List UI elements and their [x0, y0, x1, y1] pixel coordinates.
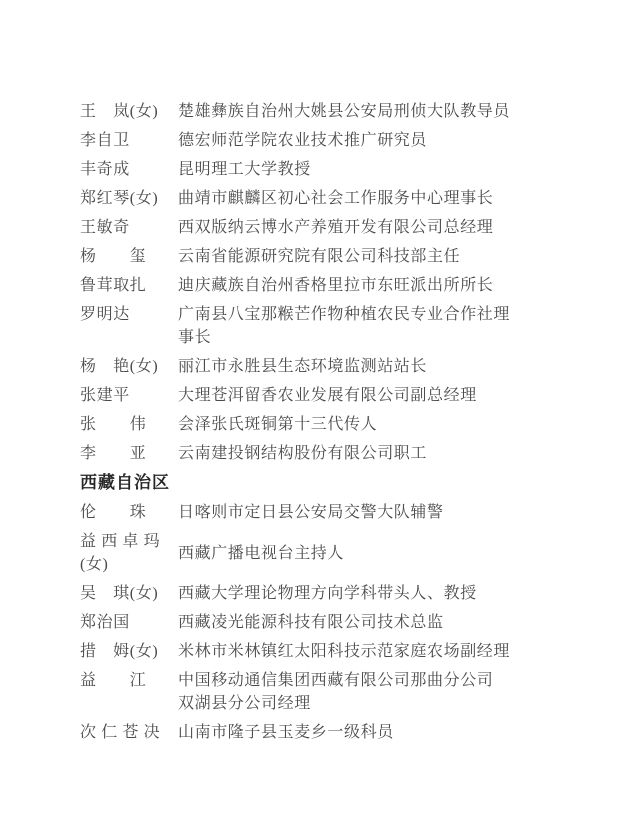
person-title: 会泽张氏斑铜第十三代传人: [178, 413, 550, 436]
table-row: 益 江 中国移动通信集团西藏有限公司那曲分公司 双湖县分公司经理: [80, 669, 550, 715]
table-row: 杨 艳(女) 丽江市永胜县生态环境监测站站长: [80, 355, 550, 378]
person-name: 吴 琪(女): [80, 582, 178, 605]
person-name: 李自卫: [80, 129, 178, 152]
person-title: 大理苍洱留香农业发展有限公司副总经理: [178, 384, 550, 407]
table-row: 杨 玺 云南省能源研究院有限公司科技部主任: [80, 245, 550, 268]
person-title: 米林市米林镇红太阳科技示范家庭农场副经理: [178, 640, 550, 663]
person-name: 鲁茸取扎: [80, 274, 178, 297]
table-row: 张建平 大理苍洱留香农业发展有限公司副总经理: [80, 384, 550, 407]
person-title: 西藏广播电视台主持人: [178, 542, 550, 565]
section-header: 西藏自治区: [80, 471, 550, 494]
person-name: 措 姆(女): [80, 640, 178, 663]
person-name: 杨 玺: [80, 245, 178, 268]
person-title: 日喀则市定日县公安局交警大队辅警: [178, 501, 550, 524]
person-name: 罗明达: [80, 303, 178, 326]
table-row: 罗明达 广南县八宝那糇芒作物种植农民专业合作社理 事长: [80, 303, 550, 349]
person-name: 丰奇成: [80, 158, 178, 181]
person-title: 迪庆藏族自治州香格里拉市东旺派出所所长: [178, 274, 550, 297]
table-row: 丰奇成 昆明理工大学教授: [80, 158, 550, 181]
person-title: 山南市隆子县玉麦乡一级科员: [178, 721, 550, 744]
table-row: 次 仁 苍 决 山南市隆子县玉麦乡一级科员: [80, 721, 550, 744]
person-title: 西藏大学理论物理方向学科带头人、教授: [178, 582, 550, 605]
person-name: 杨 艳(女): [80, 355, 178, 378]
person-name: 郑红琴(女): [80, 187, 178, 210]
person-title-line: 广南县八宝那糇芒作物种植农民专业合作社理: [178, 303, 550, 326]
person-title: 广南县八宝那糇芒作物种植农民专业合作社理 事长: [178, 303, 550, 349]
person-title-line: 双湖县分公司经理: [178, 692, 550, 715]
table-row: 李 亚 云南建投钢结构股份有限公司职工: [80, 442, 550, 465]
person-title: 丽江市永胜县生态环境监测站站长: [178, 355, 550, 378]
person-title: 德宏师范学院农业技术推广研究员: [178, 129, 550, 152]
table-row: 郑红琴(女) 曲靖市麒麟区初心社会工作服务中心理事长: [80, 187, 550, 210]
person-title: 云南建投钢结构股份有限公司职工: [178, 442, 550, 465]
table-row: 王 岚(女) 楚雄彝族自治州大姚县公安局刑侦大队教导员: [80, 100, 550, 123]
table-row: 张 伟 会泽张氏斑铜第十三代传人: [80, 413, 550, 436]
table-row: 伦 珠 日喀则市定日县公安局交警大队辅警: [80, 501, 550, 524]
person-name: 次 仁 苍 决: [80, 721, 178, 744]
person-title: 西双版纳云博水产养殖开发有限公司总经理: [178, 216, 550, 239]
table-row: 郑治国 西藏凌光能源科技有限公司技术总监: [80, 611, 550, 634]
person-title: 西藏凌光能源科技有限公司技术总监: [178, 611, 550, 634]
person-title: 云南省能源研究院有限公司科技部主任: [178, 245, 550, 268]
table-row: 益 西 卓 玛 (女) 西藏广播电视台主持人: [80, 530, 550, 576]
person-name: 郑治国: [80, 611, 178, 634]
table-row: 鲁茸取扎 迪庆藏族自治州香格里拉市东旺派出所所长: [80, 274, 550, 297]
person-name: 王敏奇: [80, 216, 178, 239]
person-name: 张 伟: [80, 413, 178, 436]
table-row: 措 姆(女) 米林市米林镇红太阳科技示范家庭农场副经理: [80, 640, 550, 663]
table-row: 吴 琪(女) 西藏大学理论物理方向学科带头人、教授: [80, 582, 550, 605]
person-title: 楚雄彝族自治州大姚县公安局刑侦大队教导员: [178, 100, 550, 123]
document-page: 王 岚(女) 楚雄彝族自治州大姚县公安局刑侦大队教导员 李自卫 德宏师范学院农业…: [0, 0, 640, 828]
person-name: 李 亚: [80, 442, 178, 465]
person-name-line: 益 西 卓 玛: [80, 530, 178, 553]
person-title: 中国移动通信集团西藏有限公司那曲分公司 双湖县分公司经理: [178, 669, 550, 715]
table-row: 王敏奇 西双版纳云博水产养殖开发有限公司总经理: [80, 216, 550, 239]
person-name: 益 江: [80, 669, 178, 692]
person-name: 张建平: [80, 384, 178, 407]
table-row: 李自卫 德宏师范学院农业技术推广研究员: [80, 129, 550, 152]
person-title: 曲靖市麒麟区初心社会工作服务中心理事长: [178, 187, 550, 210]
person-title-line: 事长: [178, 326, 550, 349]
person-name-line: (女): [80, 553, 178, 576]
person-name: 益 西 卓 玛 (女): [80, 530, 178, 576]
person-name: 伦 珠: [80, 501, 178, 524]
roster-list: 王 岚(女) 楚雄彝族自治州大姚县公安局刑侦大队教导员 李自卫 德宏师范学院农业…: [80, 100, 550, 750]
person-title: 昆明理工大学教授: [178, 158, 550, 181]
person-name: 王 岚(女): [80, 100, 178, 123]
person-title-line: 中国移动通信集团西藏有限公司那曲分公司: [178, 669, 550, 692]
